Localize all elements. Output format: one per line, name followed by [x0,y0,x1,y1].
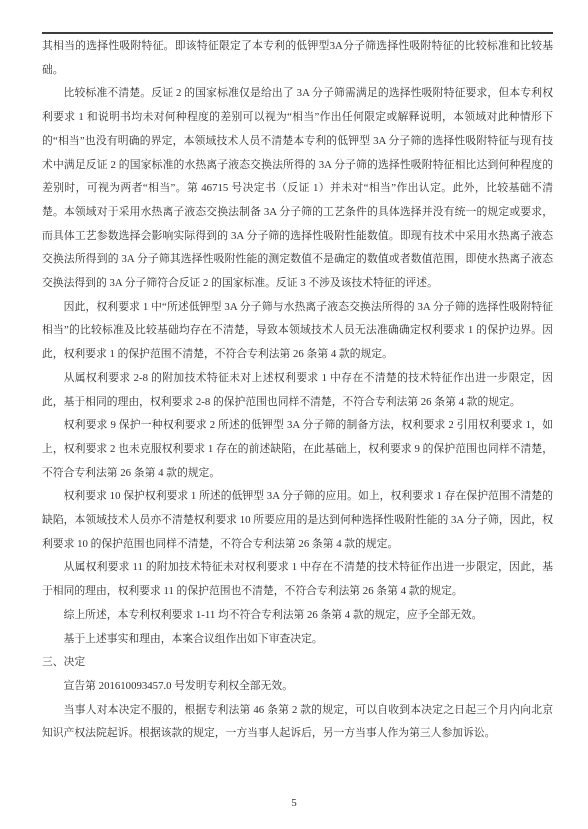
continuation-paragraph: 其相当的选择性吸附特征。即该特征限定了本专利的低钾型3A分子筛选择性吸附特征的比… [42,35,553,82]
body-paragraph: 从属权利要求 2-8 的附加技术特征未对上述权利要求 1 中存在不清楚的技术特征… [42,367,553,414]
body-paragraph: 比较标准不清楚。反证 2 的国家标准仅是给出了 3A 分子筛需满足的选择性吸附特… [42,82,553,295]
document-page: 其相当的选择性吸附特征。即该特征限定了本专利的低钾型3A分子筛选择性吸附特征的比… [0,0,588,829]
decision-statement-paragraph: 宣告第 201610093457.0 号发明专利权全部无效。 [42,675,553,699]
appeal-notice-paragraph: 当事人对本决定不服的，根据专利法第 46 条第 2 款的规定，可以自收到本决定之… [42,699,553,746]
document-body: 其相当的选择性吸附特征。即该特征限定了本专利的低钾型3A分子筛选择性吸附特征的比… [42,35,553,746]
header-rule [42,32,553,34]
body-paragraph: 权利要求 10 保护权利要求 1 所述的低钾型 3A 分子筛的应用。如上，权利要… [42,485,553,556]
body-paragraph: 权利要求 9 保护一种权利要求 2 所述的低钾型 3A 分子筛的制备方法，权利要… [42,414,553,485]
body-paragraph: 综上所述，本专利权利要求 1-11 均不符合专利法第 26 条第 4 款的规定，… [42,604,553,628]
decision-section-heading: 三、决定 [42,651,553,675]
page-number: 5 [0,797,588,809]
body-paragraph: 从属权利要求 11 的附加技术特征未对权利要求 1 中存在不清楚的技术特征作出进… [42,556,553,603]
body-paragraph: 因此，权利要求 1 中“所述低钾型 3A 分子筛与水热离子液态交换法所得的 3A… [42,296,553,367]
body-paragraph: 基于上述事实和理由，本案合议组作出如下审查决定。 [42,628,553,652]
